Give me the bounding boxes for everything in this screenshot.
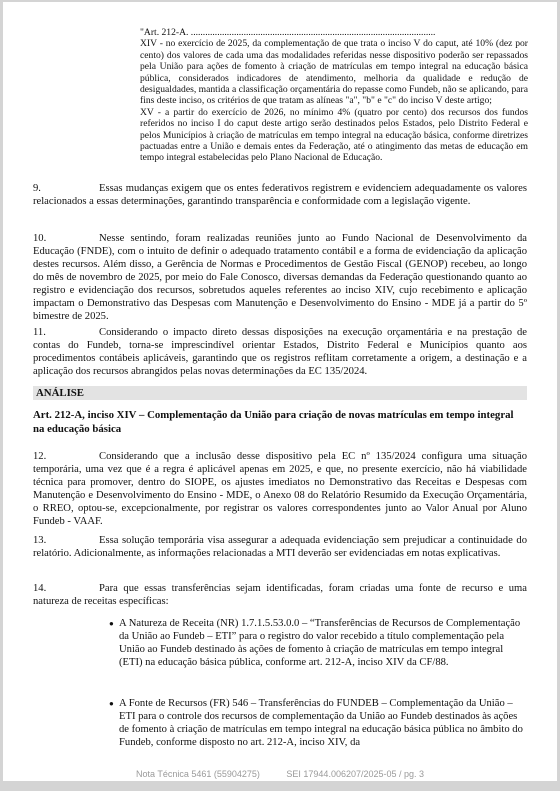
page-footer: Nota Técnica 5461 (55904275) SEI 17944.0…: [3, 769, 557, 779]
section-heading-analise: ANÁLISE: [33, 386, 527, 400]
document-page: "Art. 212-A. ...........................…: [3, 2, 557, 781]
list-item: ● A Natureza de Receita (NR) 1.7.1.5.53.…: [119, 617, 527, 669]
bullet-icon: ●: [109, 617, 114, 630]
analysis-subheading: Art. 212-A, inciso XIV – Complementação …: [33, 409, 527, 436]
paragraph-14: 14.Para que essas transferências sejam i…: [33, 582, 527, 608]
footer-document-id: Nota Técnica 5461 (55904275): [136, 769, 260, 779]
paragraph-12: 12.Considerando que a inclusão desse dis…: [33, 450, 527, 528]
legal-quote: "Art. 212-A. ...........................…: [140, 27, 528, 164]
quote-inciso-xv: XV - a partir do exercício de 2026, no m…: [140, 107, 528, 164]
paragraph-11: 11.Considerando o impacto direto dessas …: [33, 326, 527, 378]
bullet-icon: ●: [109, 697, 114, 710]
paragraph-10: 10.Nesse sentindo, foram realizadas reun…: [33, 232, 527, 323]
footer-sei-reference: SEI 17944.006207/2025-05 / pg. 3: [286, 769, 424, 779]
quote-inciso-xiv: XIV - no exercício de 2025, da complemen…: [140, 38, 528, 106]
paragraph-9: 9.Essas mudanças exigem que os entes fed…: [33, 182, 527, 208]
paragraph-13: 13.Essa solução temporária visa assegura…: [33, 534, 527, 560]
quote-heading: "Art. 212-A. ...........................…: [140, 27, 528, 38]
list-item: ● A Fonte de Recursos (FR) 546 – Transfe…: [119, 697, 527, 749]
